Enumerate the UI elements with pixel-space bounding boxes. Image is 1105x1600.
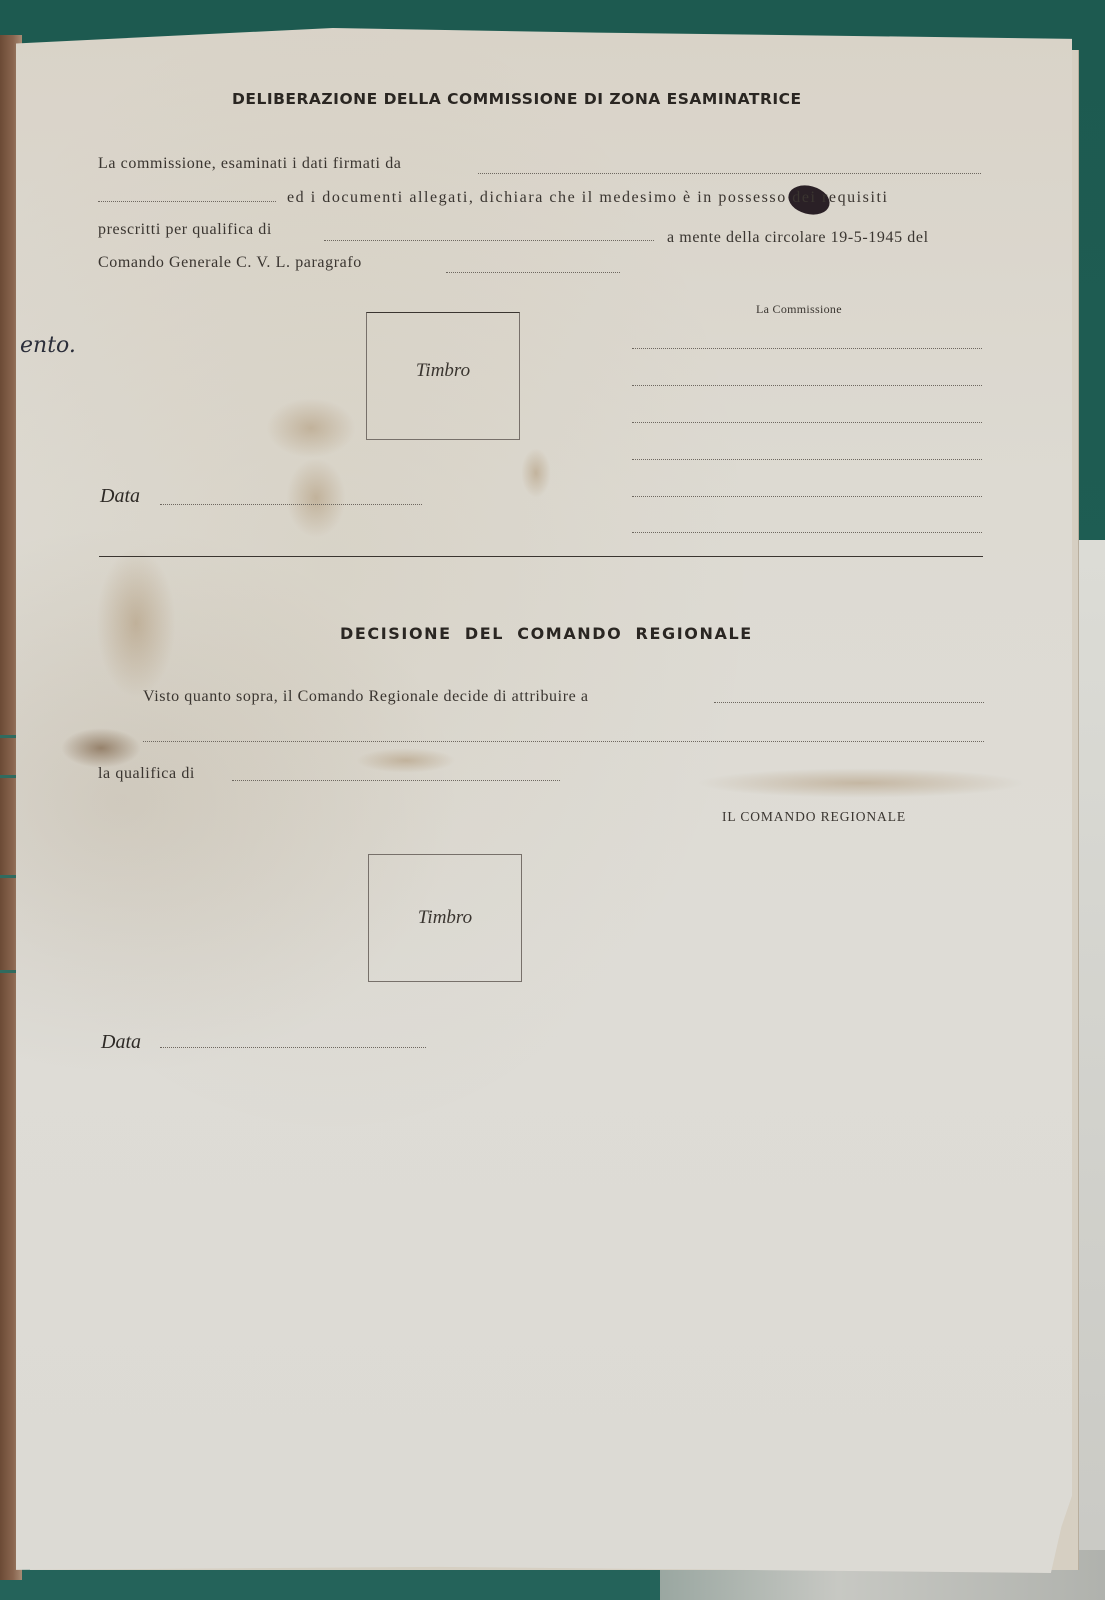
stamp-box-commission: Timbro: [366, 312, 520, 440]
date-field-commission[interactable]: [160, 504, 422, 505]
commission-line-3a: prescritti per qualifica di: [98, 221, 272, 239]
signature-line-4[interactable]: [632, 459, 982, 460]
water-stain: [96, 548, 176, 698]
stamp-label: Timbro: [367, 360, 519, 382]
signature-line-2[interactable]: [632, 385, 982, 386]
commission-line-3b: a mente della circolare 19-5-1945 del: [667, 229, 929, 247]
date-label-commission: Data: [100, 485, 140, 508]
commission-line-4: Comando Generale C. V. L. paragrafo: [98, 254, 362, 272]
margin-handwriting: ento.: [20, 333, 76, 358]
regional-command-signatory: IL COMANDO REGIONALE: [722, 809, 906, 825]
signature-line-6[interactable]: [632, 532, 982, 533]
date-label-regional: Data: [101, 1031, 141, 1054]
regional-line-3: la qualifica di: [98, 765, 195, 783]
regional-line-1: Visto quanto sopra, il Comando Regionale…: [143, 688, 589, 706]
qualification-field-regional[interactable]: [232, 780, 560, 781]
stamp-box-regional: Timbro: [368, 854, 522, 982]
signed-by-field-continued[interactable]: [98, 201, 276, 202]
commission-signature-label: La Commissione: [756, 302, 842, 317]
signature-line-3[interactable]: [632, 422, 982, 423]
water-stain: [61, 728, 141, 768]
assign-to-field-continued[interactable]: [143, 741, 984, 742]
signed-by-field[interactable]: [478, 173, 981, 174]
section-title-regional: DECISIONE DEL COMANDO REGIONALE: [340, 624, 753, 643]
assign-to-field[interactable]: [714, 702, 984, 703]
water-stain: [521, 448, 551, 498]
commission-line-2: ed i documenti allegati, dichiara che il…: [287, 189, 888, 207]
paragraph-field[interactable]: [446, 272, 620, 273]
stamp-label: Timbro: [369, 907, 521, 929]
qualification-field[interactable]: [324, 240, 654, 241]
section-title-commission: DELIBERAZIONE DELLA COMMISSIONE DI ZONA …: [232, 90, 802, 108]
water-stain: [356, 748, 456, 773]
signature-line-1[interactable]: [632, 348, 982, 349]
signature-line-5[interactable]: [632, 496, 982, 497]
water-stain: [286, 458, 346, 538]
water-stain: [696, 768, 1026, 798]
date-field-regional[interactable]: [160, 1047, 426, 1048]
commission-line-1: La commissione, esaminati i dati firmati…: [98, 155, 402, 173]
water-stain: [266, 398, 356, 458]
section-divider: [99, 556, 983, 557]
